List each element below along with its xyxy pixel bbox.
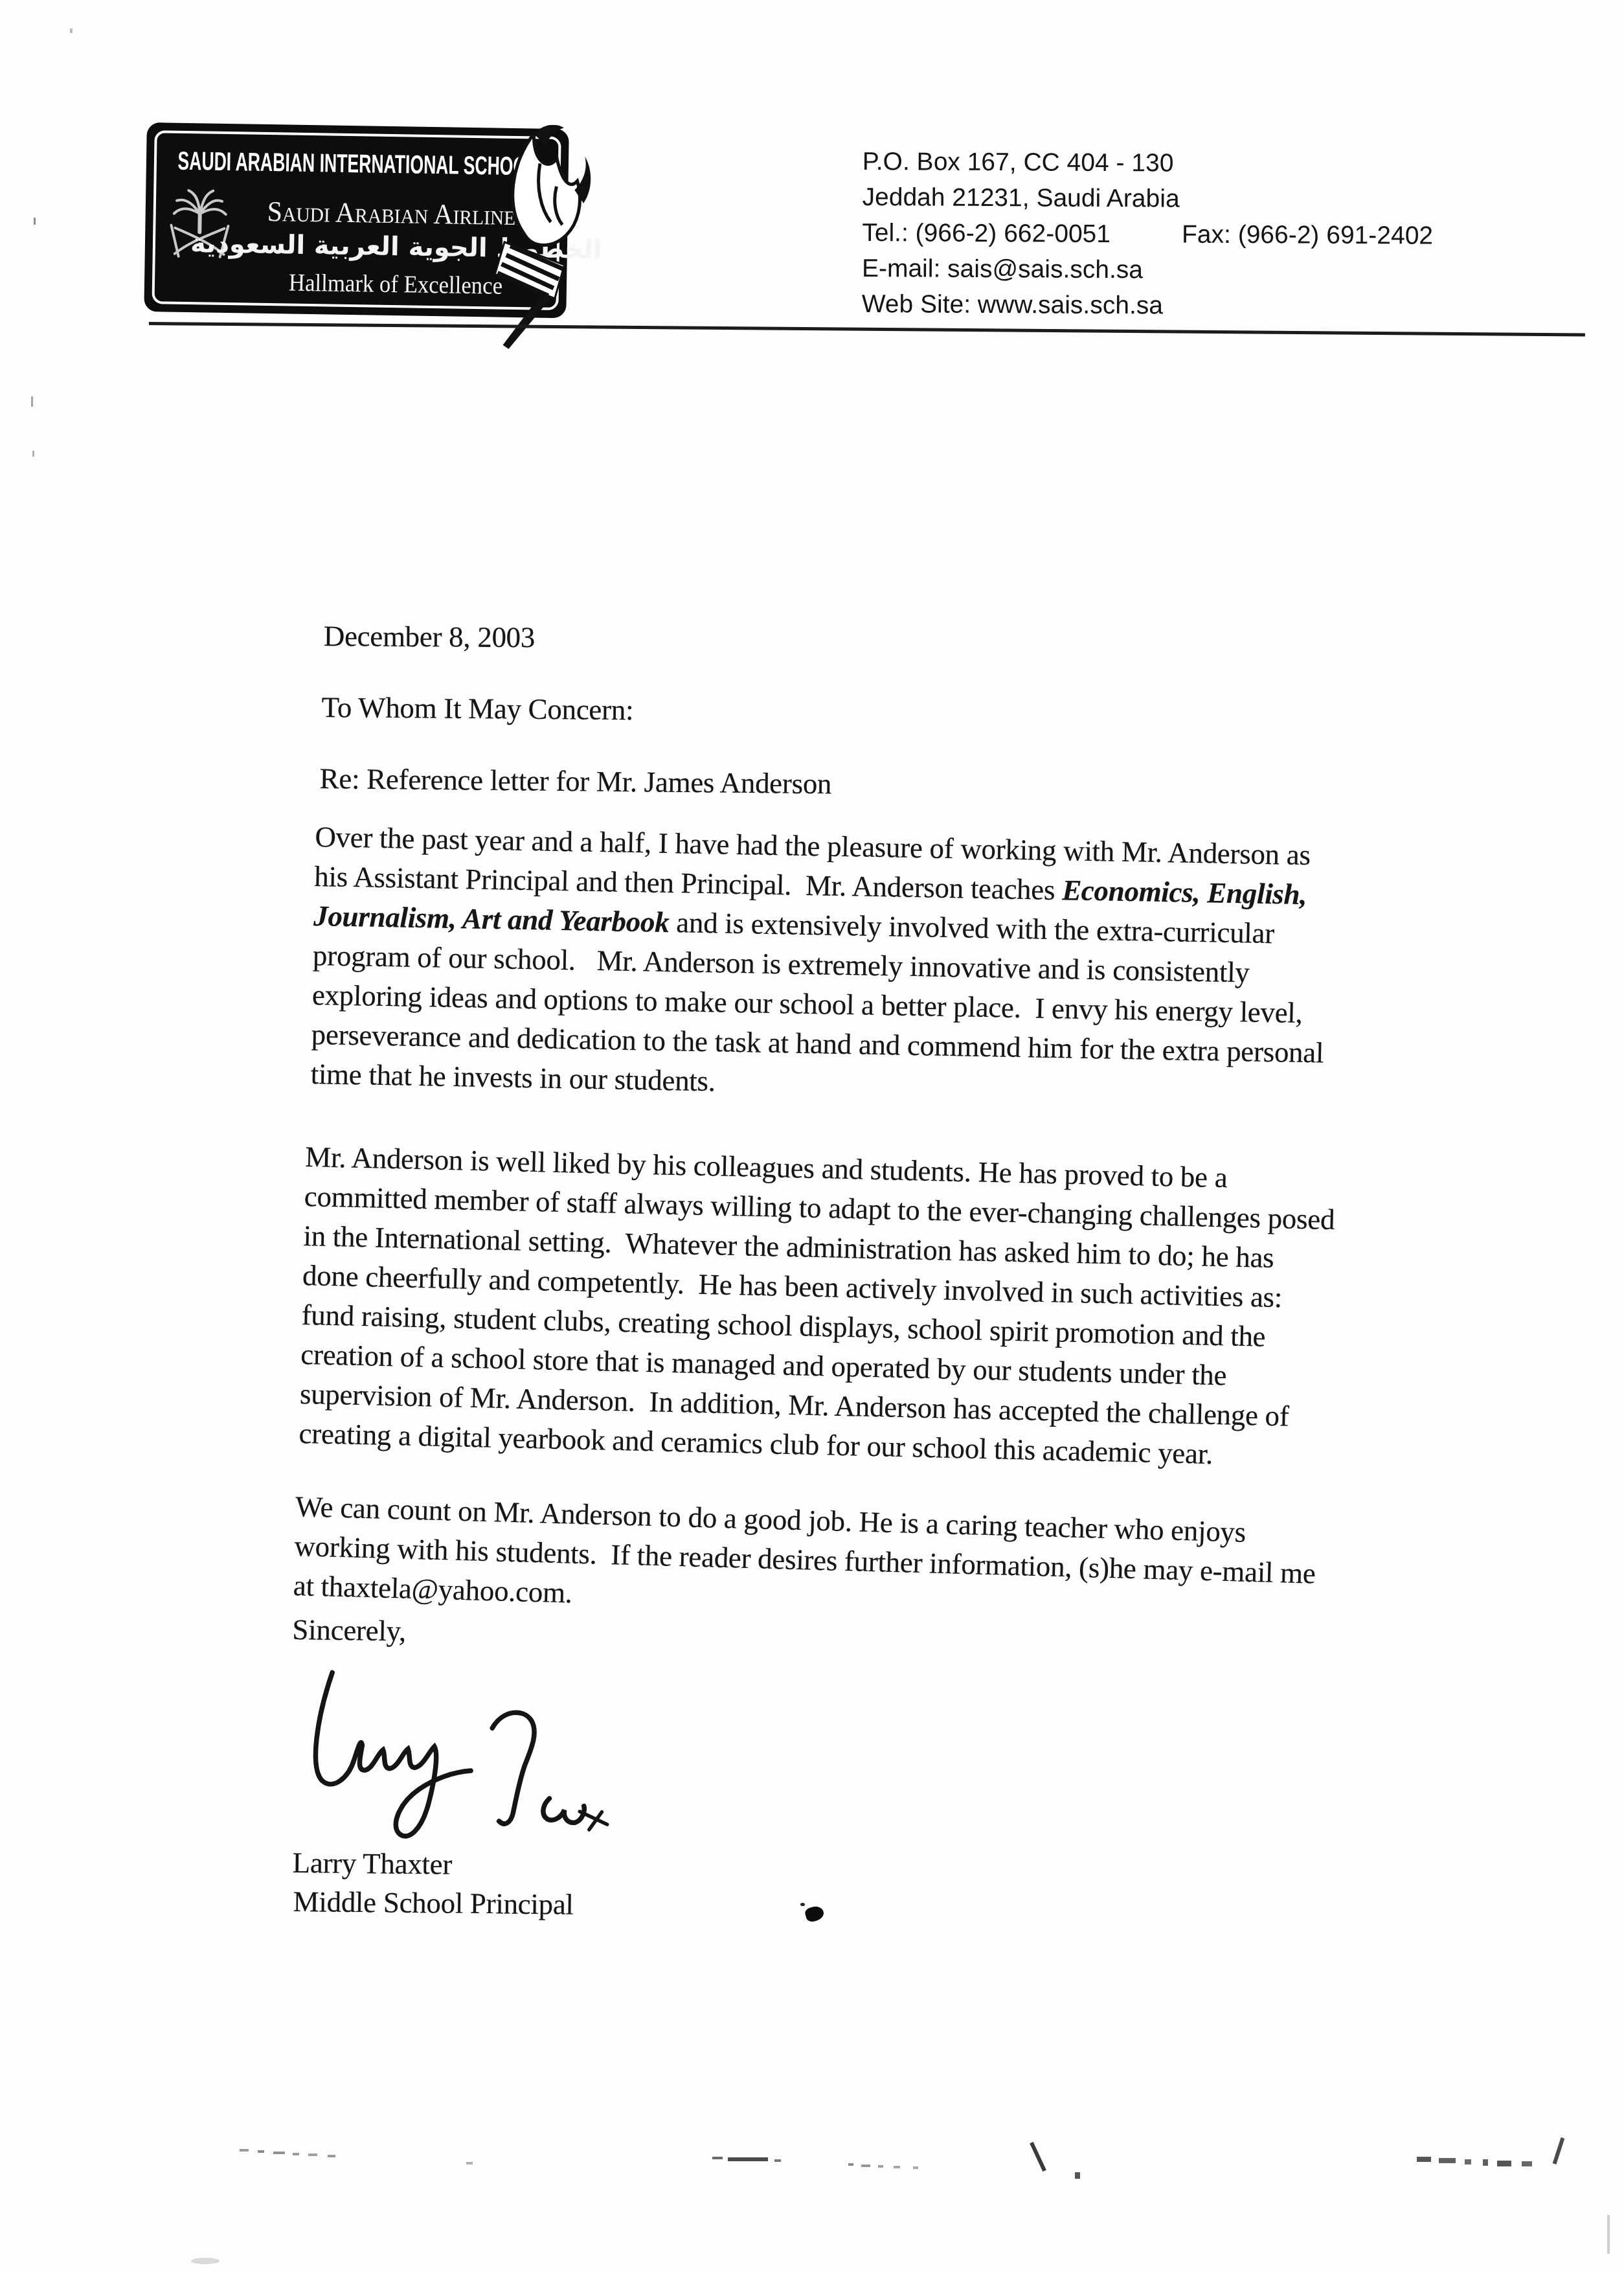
scan-noise xyxy=(1522,2161,1532,2166)
scan-noise xyxy=(1483,2159,1488,2166)
scan-artifact xyxy=(34,218,36,225)
scan-noise xyxy=(240,2149,249,2152)
signer-name: Larry Thaxter xyxy=(292,1843,452,1885)
airline-name: Saudi Arabian Airlines xyxy=(267,196,526,231)
contact-po-box: P.O. Box 167, CC 404 - 130 xyxy=(863,144,1510,183)
scan-smudge xyxy=(1607,2215,1610,2254)
school-name: SAUDI ARABIAN INTERNATIONAL SCHOOL xyxy=(177,147,537,181)
scan-artifact xyxy=(31,396,33,407)
scan-noise xyxy=(728,2157,768,2161)
scan-noise xyxy=(878,2165,883,2168)
scan-noise xyxy=(1465,2159,1471,2164)
contact-city: Jeddah 21231, Saudi Arabia xyxy=(862,179,1509,218)
contact-website: Web Site: www.sais.sch.sa xyxy=(862,286,1509,325)
letter-paragraph: Mr. Anderson is well liked by his collea… xyxy=(299,1137,1336,1477)
scan-artifact xyxy=(70,28,73,33)
contact-fax: Fax: (966-2) 691-2402 xyxy=(1182,217,1433,254)
scan-noise xyxy=(848,2163,853,2166)
scan-noise xyxy=(1030,2142,1046,2172)
scan-noise xyxy=(774,2159,781,2162)
scan-noise xyxy=(712,2157,723,2159)
signer-title: Middle School Principal xyxy=(293,1882,574,1925)
scan-noise xyxy=(308,2153,317,2156)
scan-noise xyxy=(293,2153,299,2155)
letter-paragraph: We can count on Mr. Anderson to do a goo… xyxy=(293,1487,1317,1633)
scan-noise xyxy=(1417,2157,1431,2162)
scan-noise xyxy=(273,2152,285,2154)
letter-subject: Re: Reference letter for Mr. James Ander… xyxy=(319,759,831,804)
ink-blot xyxy=(804,1905,826,1923)
scan-smudge xyxy=(191,2258,220,2264)
scan-noise xyxy=(1553,2137,1565,2164)
letter-closing: Sincerely, xyxy=(292,1610,406,1651)
letter-salutation: To Whom It May Concern: xyxy=(321,688,633,730)
motto-text: Hallmark of Excellence xyxy=(289,269,503,300)
letter-date: December 8, 2003 xyxy=(324,617,536,657)
scan-noise xyxy=(894,2166,900,2168)
scanned-letter-page: { "logo": { "school_name": "SAUDI ARABIA… xyxy=(0,0,1624,2272)
ink-speck xyxy=(800,1903,805,1906)
signature xyxy=(291,1658,709,1859)
letter-paragraph: Over the past year and a half, I have ha… xyxy=(310,817,1327,1113)
scan-noise xyxy=(1439,2158,1456,2163)
contact-email: E-mail: sais@sais.sch.sa xyxy=(862,251,1509,290)
scan-noise xyxy=(328,2155,335,2157)
contact-block: P.O. Box 167, CC 404 - 130 Jeddah 21231,… xyxy=(862,144,1510,325)
scan-noise xyxy=(1075,2172,1080,2179)
scan-artifact xyxy=(32,451,34,457)
contact-tel: Tel.: (966-2) 662-0051 xyxy=(862,215,1111,252)
scan-noise xyxy=(466,2162,473,2164)
scan-noise xyxy=(913,2166,918,2169)
scan-noise xyxy=(258,2150,264,2153)
scan-noise xyxy=(1497,2161,1511,2166)
scan-noise xyxy=(861,2164,870,2167)
contact-telfax-row: Tel.: (966-2) 662-0051 Fax: (966-2) 691-… xyxy=(862,215,1509,254)
